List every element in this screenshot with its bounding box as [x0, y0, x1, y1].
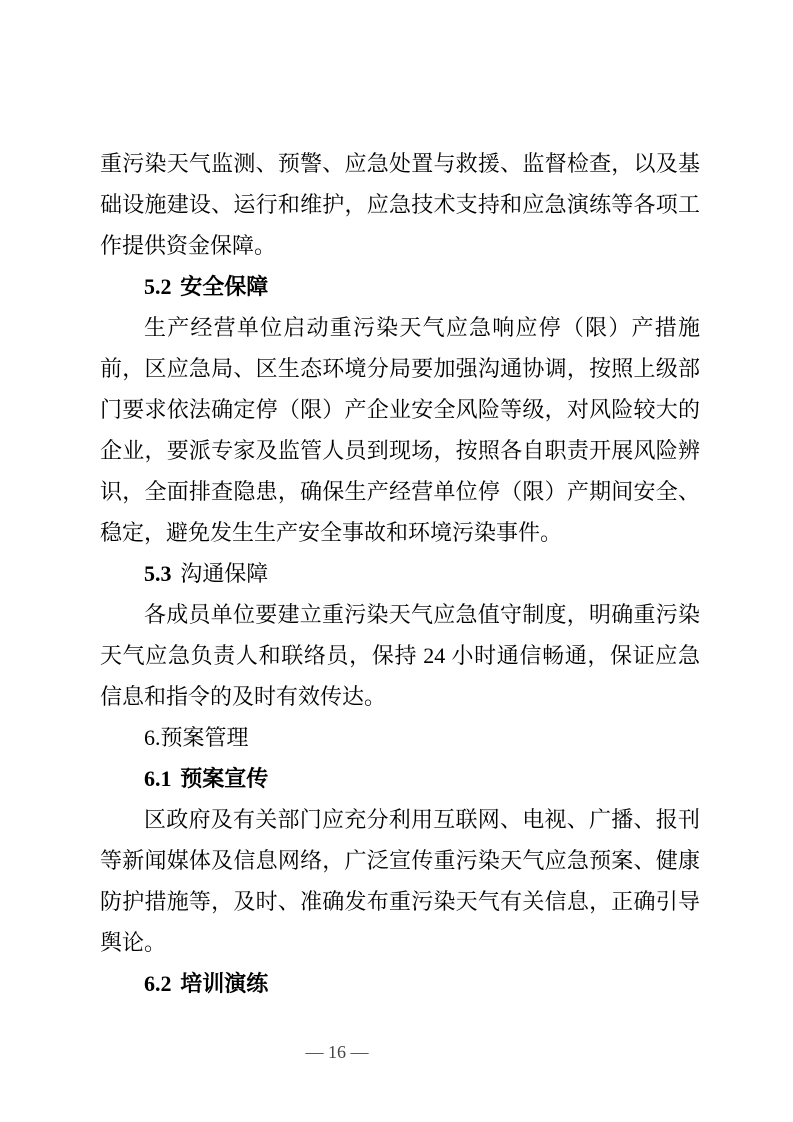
- page-number: — 16 —: [306, 1042, 369, 1062]
- heading-6-2-number: 6.2: [144, 971, 172, 996]
- heading-5-3-number: 5.3: [144, 561, 172, 586]
- document-body: 重污染天气监测、预警、应急处置与救援、监督检查，以及基础设施建设、运行和维护，应…: [100, 143, 700, 1004]
- document-page: 重污染天气监测、预警、应急处置与救援、监督检查，以及基础设施建设、运行和维护，应…: [0, 0, 793, 1122]
- heading-6-plan-management: 6.预案管理: [100, 717, 700, 758]
- heading-6-1-number: 6.1: [144, 766, 172, 791]
- heading-6-2-title: 培训演练: [180, 971, 268, 996]
- page-footer: — 16 —: [0, 1041, 674, 1063]
- heading-6-1-title: 预案宣传: [180, 766, 268, 791]
- heading-5-2-safety-guarantee: 5.2安全保障: [100, 266, 700, 307]
- heading-5-2-title: 安全保障: [180, 274, 268, 299]
- heading-5-3-title: 沟通保障: [180, 561, 268, 586]
- heading-6-title: 预案管理: [161, 725, 249, 750]
- heading-5-2-number: 5.2: [144, 274, 172, 299]
- heading-6-2-training-drill: 6.2培训演练: [100, 963, 700, 1004]
- heading-6-1-plan-publicity: 6.1预案宣传: [100, 758, 700, 799]
- heading-5-3-communication-guarantee: 5.3沟通保障: [100, 553, 700, 594]
- paragraph-safety-guarantee-body: 生产经营单位启动重污染天气应急响应停（限）产措施前，区应急局、区生态环境分局要加…: [100, 307, 700, 553]
- paragraph-plan-publicity-body: 区政府及有关部门应充分利用互联网、电视、广播、报刊等新闻媒体及信息网络，广泛宣传…: [100, 799, 700, 963]
- paragraph-communication-guarantee-body: 各成员单位要建立重污染天气应急值守制度，明确重污染天气应急负责人和联络员，保持 …: [100, 594, 700, 717]
- paragraph-funding-guarantee-continuation: 重污染天气监测、预警、应急处置与救援、监督检查，以及基础设施建设、运行和维护，应…: [100, 143, 700, 266]
- heading-6-number: 6.: [144, 725, 161, 750]
